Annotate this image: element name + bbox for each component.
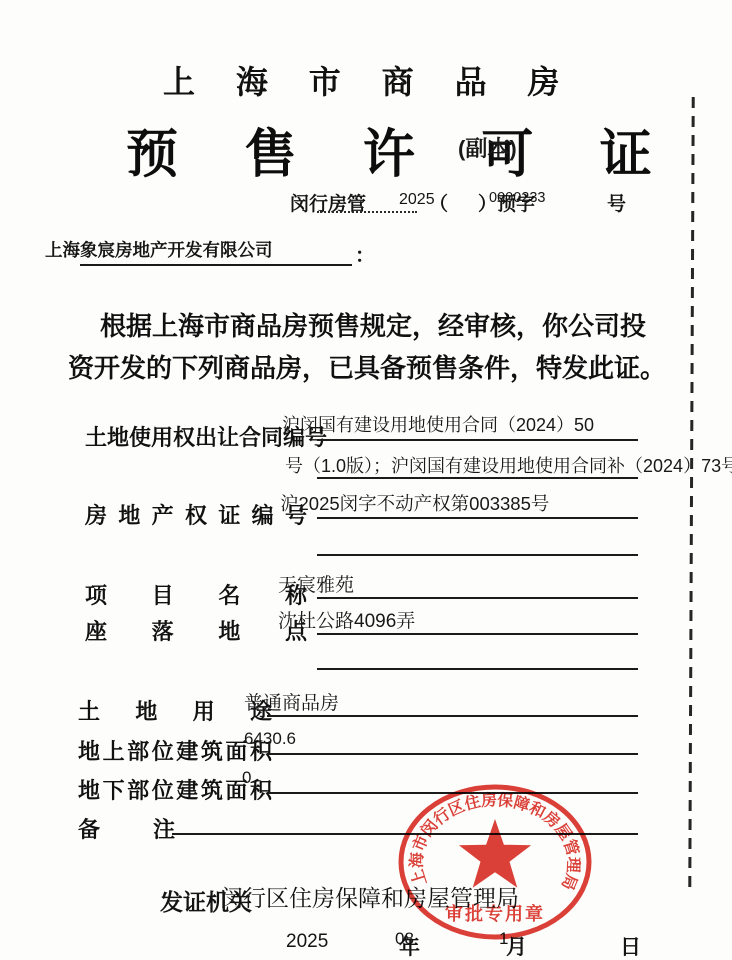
addressee-colon: ： — [355, 239, 375, 268]
stamp-star-icon — [459, 819, 531, 888]
date-day-unit: 日 — [620, 931, 641, 960]
land-use-underline — [267, 715, 638, 717]
location-label: 座落地点 — [85, 615, 307, 646]
above-ground-area-value: 6430.6 — [244, 729, 296, 749]
land-use-value: 普通商品房 — [244, 688, 339, 715]
estate-cert-underline — [317, 517, 638, 519]
below-ground-area-value: 0 — [242, 768, 251, 788]
body-paragraph-line2: 资开发的下列商品房，已具备预售条件，特发此证。 — [68, 348, 666, 385]
project-name-underline — [317, 597, 638, 599]
land-contract-value-line2: 号（1.0版）；沪闵国有建设用地使用合同补（2024）73号（2.0版） — [285, 452, 732, 478]
official-stamp: 上海市闵行区住房保障和房屋管理局 审批专用章 — [395, 782, 595, 942]
addressee-underline — [80, 264, 352, 266]
above-ground-area-underline — [267, 753, 638, 755]
date-year-value: 2025 — [286, 931, 328, 953]
land-use-label: 土地用途 — [78, 695, 272, 726]
permit-no-open-paren: （ — [429, 189, 448, 216]
above-ground-area-label: 地上部位建筑面积 — [78, 735, 272, 766]
estate-cert-value: 沪2025闵字不动产权第003385号 — [280, 490, 549, 516]
land-contract-underline-1 — [317, 439, 638, 441]
blank-underline-2 — [317, 668, 638, 670]
addressee-company: 上海象宸房地产开发有限公司 — [45, 237, 273, 262]
location-value: 沈杜公路4096弄 — [278, 606, 415, 633]
blank-underline-1 — [317, 554, 638, 556]
body-paragraph-line1: 根据上海市商品房预售规定，经审核，你公司投 — [100, 306, 646, 343]
estate-cert-label: 房地产权证编号 — [85, 499, 307, 530]
permit-no-dotted-underline — [317, 211, 417, 213]
project-name-value: 天宸雅苑 — [278, 570, 354, 597]
main-title: 预 售 许 可 证 — [126, 112, 678, 187]
copy-label: (副本) — [458, 132, 517, 163]
remarks-label: 备注 — [78, 813, 175, 844]
permit-no-suffix: 号 — [607, 189, 626, 216]
land-contract-underline-2 — [317, 477, 638, 479]
land-contract-value-line1: 沪闵国有建设用地使用合同（2024）50 — [282, 411, 594, 437]
permit-no-serial: 0000233 — [489, 190, 545, 206]
project-name-label: 项目名称 — [85, 579, 307, 610]
presale-permit-document: 上 海 市 商 品 房 预 售 许 可 证 (副本) 闵行房管 2025 （ ）… — [0, 0, 732, 960]
stamp-bottom-text: 审批专用章 — [445, 903, 545, 924]
land-contract-label: 土地使用权出让合同编号 — [85, 421, 307, 452]
location-underline — [317, 633, 638, 635]
region-title: 上 海 市 商 品 房 — [163, 57, 575, 103]
fold-dashed-line — [688, 97, 694, 892]
